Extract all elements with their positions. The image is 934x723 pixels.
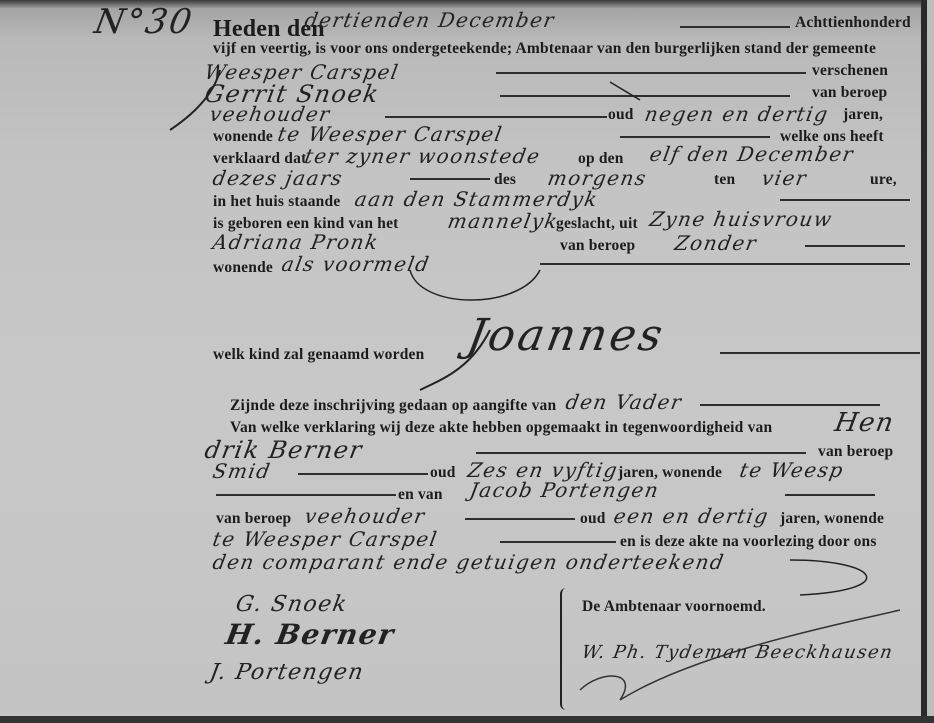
pen-flourishes <box>0 0 934 723</box>
birth-record-page: N°30 Heden den dertienden December Achtt… <box>0 0 934 723</box>
